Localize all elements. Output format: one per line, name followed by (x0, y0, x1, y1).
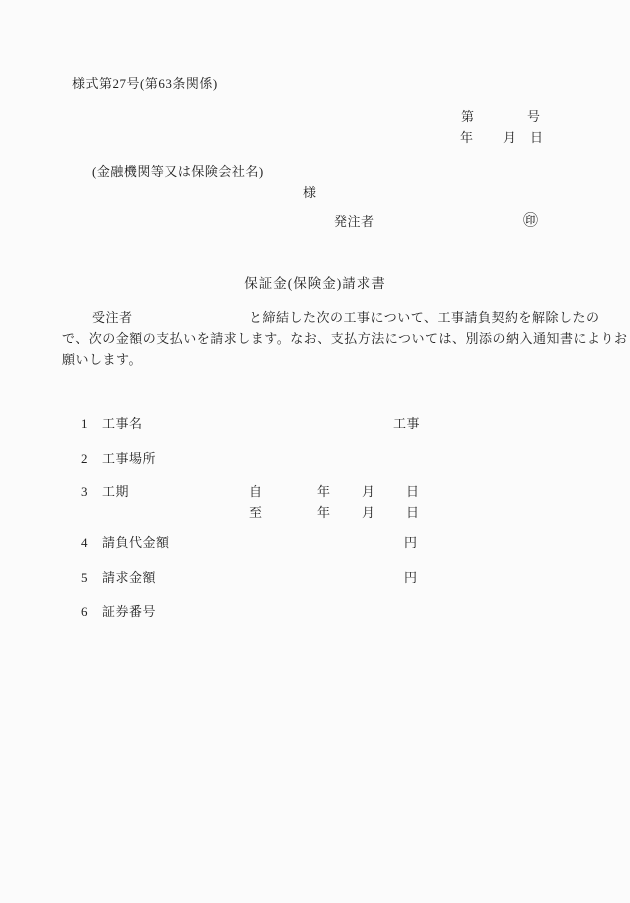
item-2-label: 工事場所 (102, 452, 156, 467)
period-from-year-label: 年 (317, 485, 331, 500)
period-from-day-label: 日 (406, 485, 420, 500)
document-page: 様式第27号(第63条関係) 第 号 年 月 日 (金融機関等又は保険会社名) … (0, 0, 630, 903)
item-5-label: 請求金額 (102, 571, 156, 586)
period-to-month-label: 月 (362, 506, 376, 521)
doc-number-suffix: 号 (527, 110, 541, 125)
document-title: 保証金(保険金)請求書 (0, 276, 630, 292)
body-line2: で、次の金額の支払いを請求します。なお、支払方法については、別添の納入通知書によ… (62, 332, 627, 347)
item-3-number: 3 (81, 485, 88, 500)
date-month-label: 月 (503, 131, 517, 146)
period-to-year-label: 年 (317, 506, 331, 521)
period-to-label: 至 (249, 506, 263, 521)
body-line1-rest: と締結した次の工事について、工事請負契約を解除したの (249, 311, 599, 326)
date-day-label: 日 (530, 131, 544, 146)
item-1-label: 工事名 (102, 417, 143, 432)
date-year-label: 年 (460, 131, 474, 146)
item-4-number: 4 (81, 536, 88, 551)
item-4-unit: 円 (404, 536, 418, 551)
addressee-hint: (金融機関等又は保険会社名) (92, 165, 264, 180)
body-line1-lead: 受注者 (92, 311, 133, 326)
item-5-number: 5 (81, 571, 88, 586)
item-1-unit: 工事 (393, 417, 420, 432)
form-number: 様式第27号(第63条関係) (72, 77, 218, 92)
period-to-day-label: 日 (406, 506, 420, 521)
item-6-number: 6 (81, 605, 88, 620)
item-1-number: 1 (81, 417, 88, 432)
body-line3: 願いします。 (62, 353, 142, 368)
seal-mark-icon: ㊞ (523, 213, 538, 230)
item-2-number: 2 (81, 452, 88, 467)
doc-number-prefix: 第 (461, 110, 475, 125)
period-from-month-label: 月 (362, 485, 376, 500)
period-from-label: 自 (249, 485, 263, 500)
item-5-unit: 円 (404, 571, 418, 586)
addressee-honorific: 様 (303, 186, 317, 201)
item-3-label: 工期 (102, 485, 129, 500)
item-4-label: 請負代金額 (102, 536, 170, 551)
item-6-label: 証券番号 (102, 605, 156, 620)
issuer-label: 発注者 (334, 215, 375, 230)
